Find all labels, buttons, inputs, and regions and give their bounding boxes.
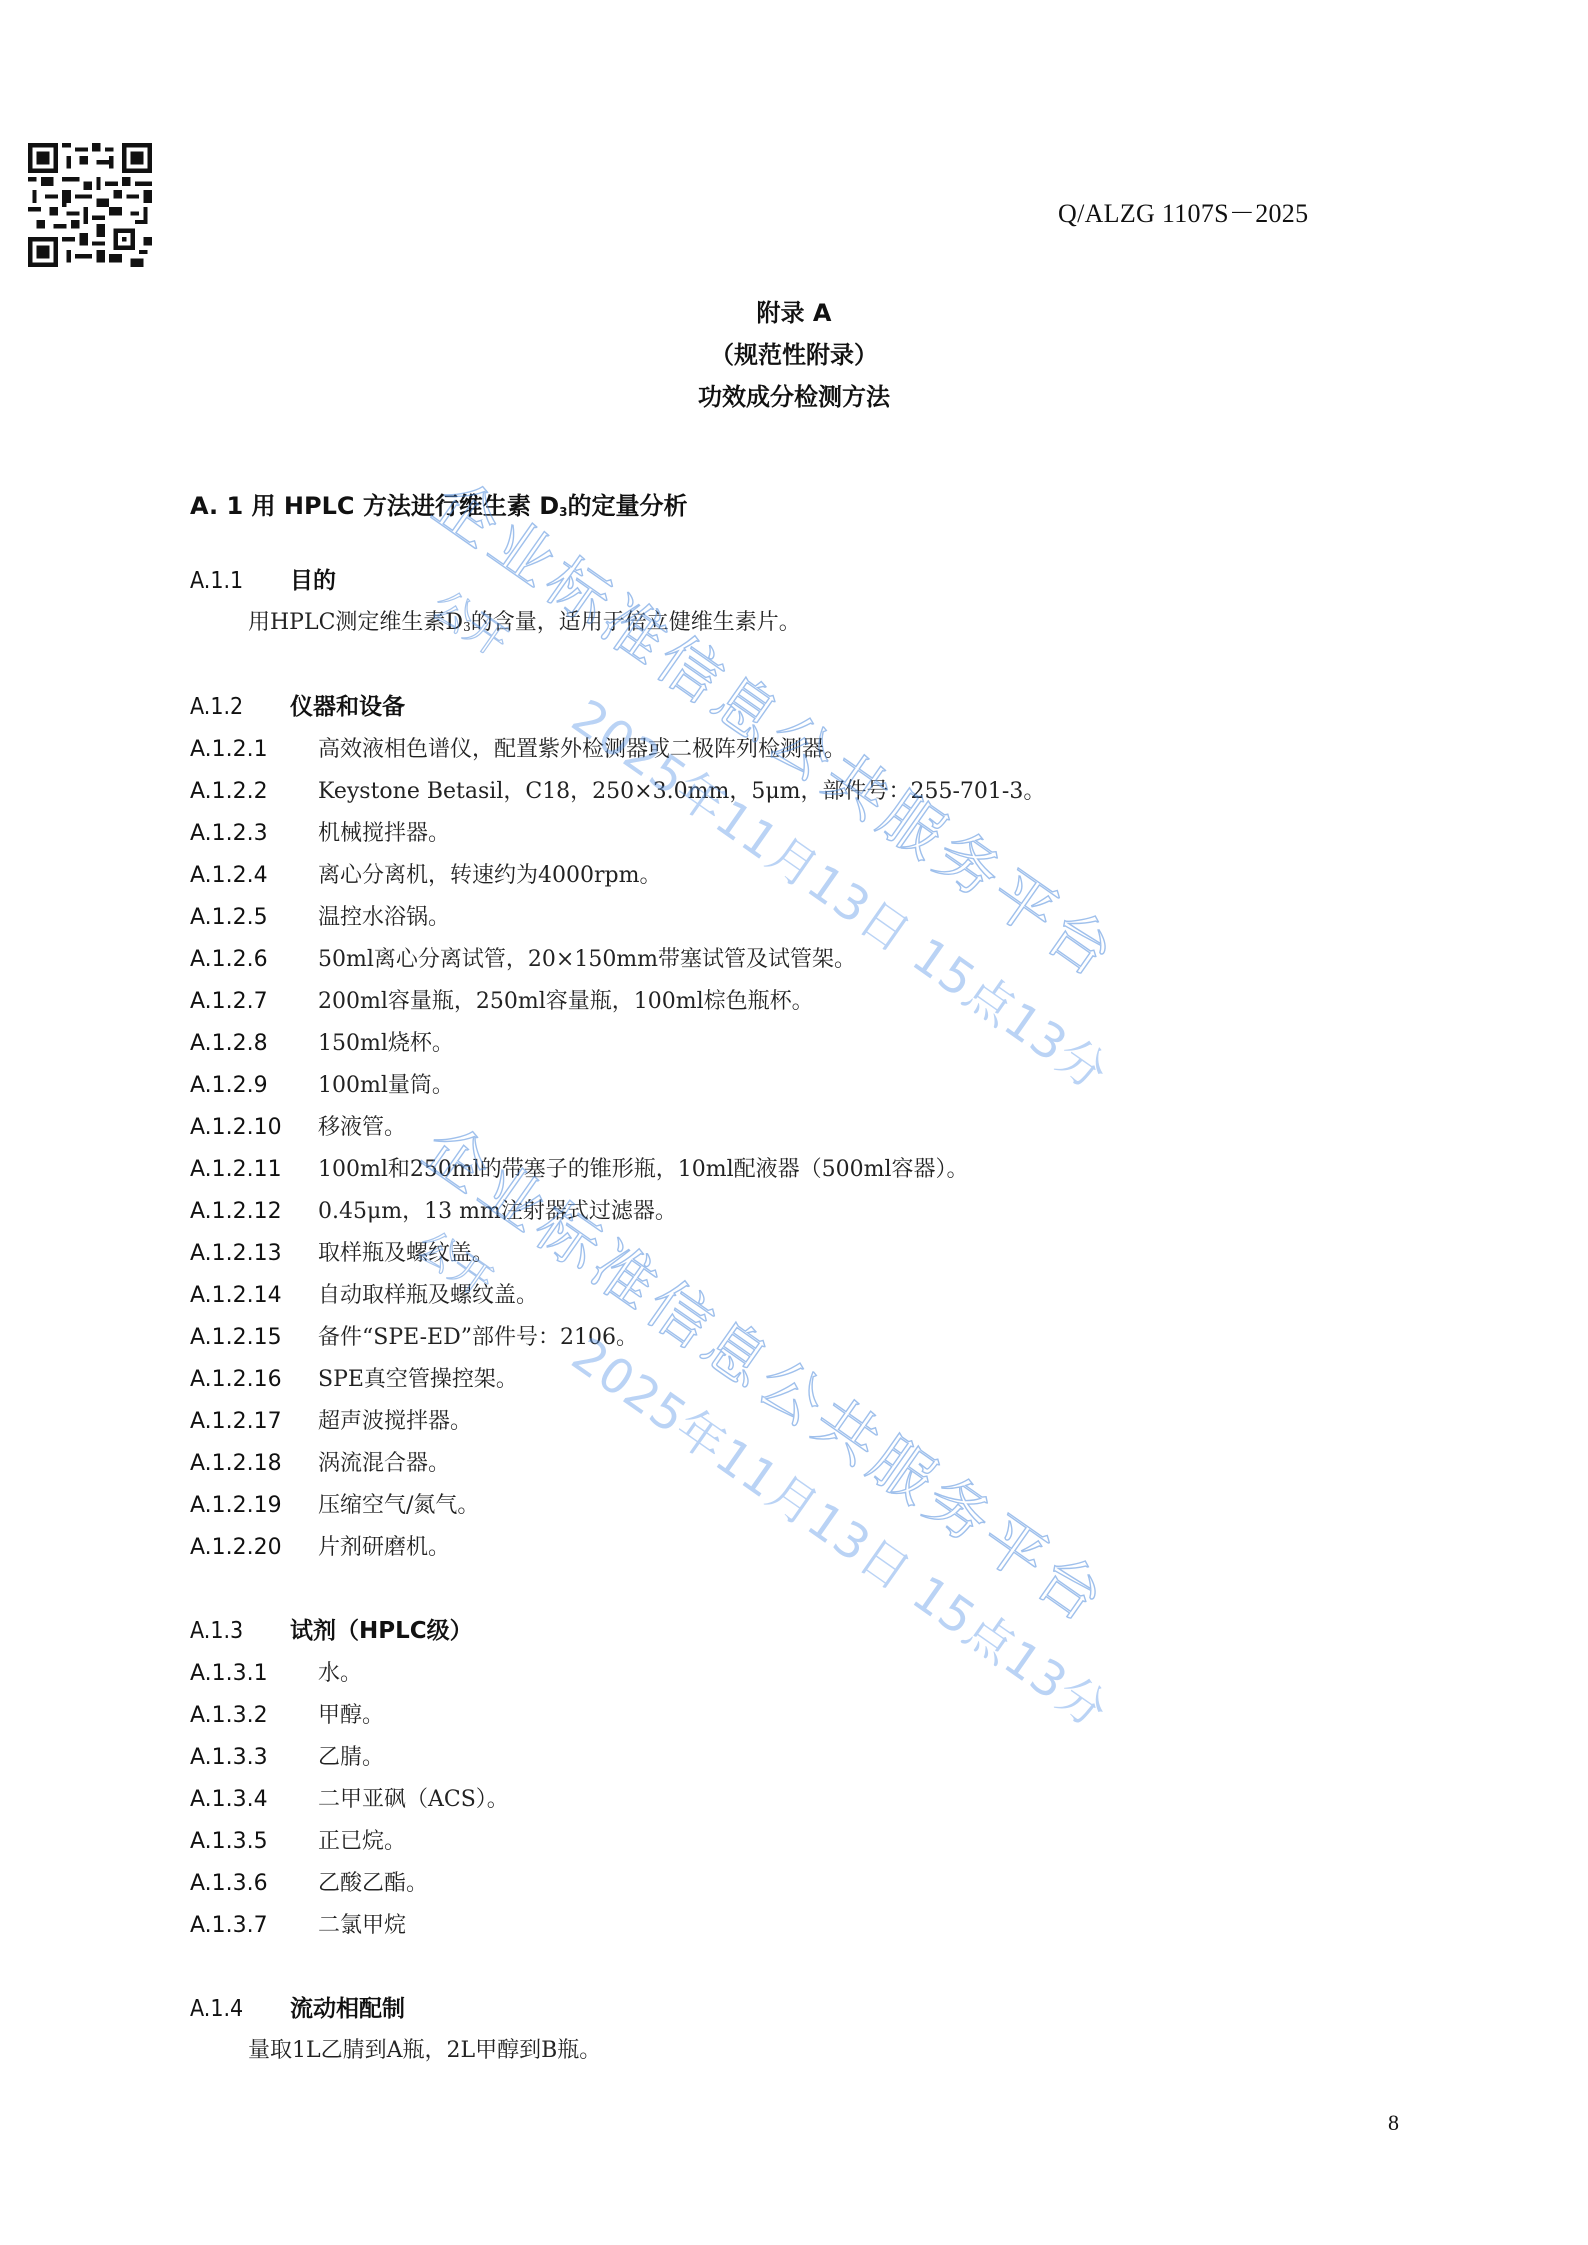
item-number: A.1.2.9 (190, 1065, 302, 1107)
item-text: 移液管。 (318, 1115, 406, 1140)
item-text: 离心分离机，转速约为4000rpm。 (318, 863, 661, 888)
list-item: A.1.2.7200ml容量瓶，250ml容量瓶，100ml棕色瓶杯。 (190, 980, 1390, 1022)
section-title: A. 1 用 HPLC 方法进行维生素 D3的定量分析 (190, 486, 1390, 526)
item-number: A.1.2.20 (190, 1527, 302, 1569)
list-item: A.1.3.7二氯甲烷 (190, 1904, 1390, 1946)
item-text: Keystone Betasil，C18，250×3.0mm，5μm，部件号：2… (318, 779, 1045, 804)
item-text: 水。 (318, 1661, 362, 1686)
item-text: 150ml烧杯。 (318, 1031, 454, 1056)
item-text: 温控水浴锅。 (318, 905, 450, 930)
item-text: 正已烷。 (318, 1829, 406, 1854)
subsection-reagents: A.1.3试剂（HPLC级） (190, 1610, 1390, 1652)
list-item: A.1.2.18涡流混合器。 (190, 1442, 1390, 1484)
item-number: A.1.2.7 (190, 981, 302, 1023)
list-item: A.1.2.14自动取样瓶及螺纹盖。 (190, 1274, 1390, 1316)
item-number: A.1.2.5 (190, 897, 302, 939)
page-number: 8 (1388, 2110, 1399, 2136)
item-number: A.1.2.8 (190, 1023, 302, 1065)
list-item: A.1.2.120.45μm，13 mm注射器式过滤器。 (190, 1190, 1390, 1232)
item-text: 100ml和250ml的带塞子的锥形瓶，10ml配液器（500ml容器）。 (318, 1157, 969, 1182)
list-item: A.1.3.4二甲亚砜（ACS）。 (190, 1778, 1390, 1820)
list-item: A.1.2.5温控水浴锅。 (190, 896, 1390, 938)
item-text: 超声波搅拌器。 (318, 1409, 472, 1434)
item-text: 压缩空气/氮气。 (318, 1493, 479, 1518)
item-number: A.1.2.4 (190, 855, 302, 897)
list-item: A.1.3.3乙腈。 (190, 1736, 1390, 1778)
purpose-text: 用HPLC测定维生素D3的含量，适用于倍立健维生素片。 (190, 602, 1390, 644)
item-number: A.1.2.18 (190, 1443, 302, 1485)
item-number: A.1.2.14 (190, 1275, 302, 1317)
list-item: A.1.2.8150ml烧杯。 (190, 1022, 1390, 1064)
appendix-heading: 功效成分检测方法 (0, 376, 1588, 418)
item-number: A.1.2.19 (190, 1485, 302, 1527)
item-number: A.1.2.6 (190, 939, 302, 981)
item-number: A.1.2.13 (190, 1233, 302, 1275)
list-item: A.1.2.11100ml和250ml的带塞子的锥形瓶，10ml配液器（500m… (190, 1148, 1390, 1190)
item-text: 涡流混合器。 (318, 1451, 450, 1476)
item-text: 备件“SPE-ED”部件号：2106。 (318, 1325, 638, 1350)
item-number: A.1.2.11 (190, 1149, 302, 1191)
list-item: A.1.2.13取样瓶及螺纹盖。 (190, 1232, 1390, 1274)
document-code: Q/ALZG 1107S－2025 (1058, 193, 1308, 230)
item-number: A.1.2.12 (190, 1191, 302, 1233)
item-text: 乙腈。 (318, 1745, 384, 1770)
list-item: A.1.2.17超声波搅拌器。 (190, 1400, 1390, 1442)
appendix-header: 附录 A （规范性附录） 功效成分检测方法 (0, 292, 1588, 418)
list-item: A.1.2.3机械搅拌器。 (190, 812, 1390, 854)
list-item: A.1.3.1水。 (190, 1652, 1390, 1694)
list-item: A.1.3.5正已烷。 (190, 1820, 1390, 1862)
subsection-mobile-phase: A.1.4流动相配制 (190, 1988, 1390, 2030)
list-item: A.1.2.16SPE真空管操控架。 (190, 1358, 1390, 1400)
item-text: 机械搅拌器。 (318, 821, 450, 846)
subsection-purpose: A.1.1目的 (190, 560, 1390, 602)
item-number: A.1.2.2 (190, 771, 302, 813)
item-text: SPE真空管操控架。 (318, 1367, 518, 1392)
item-text: 二氯甲烷 (318, 1913, 406, 1938)
item-number: A.1.2.17 (190, 1401, 302, 1443)
item-text: 高效液相色谱仪，配置紫外检测器或二极阵列检测器。 (318, 737, 846, 762)
list-item: A.1.2.650ml离心分离试管，20×150mm带塞试管及试管架。 (190, 938, 1390, 980)
list-item: A.1.2.15备件“SPE-ED”部件号：2106。 (190, 1316, 1390, 1358)
item-number: A.1.3.7 (190, 1905, 302, 1947)
item-text: 取样瓶及螺纹盖。 (318, 1241, 494, 1266)
document-body: A. 1 用 HPLC 方法进行维生素 D3的定量分析 A.1.1目的 用HPL… (190, 486, 1390, 2072)
item-text: 50ml离心分离试管，20×150mm带塞试管及试管架。 (318, 947, 856, 972)
item-text: 片剂研磨机。 (318, 1535, 450, 1560)
mobile-phase-text: 量取1L乙腈到A瓶，2L甲醇到B瓶。 (190, 2030, 1390, 2072)
equipment-list: A.1.2.1高效液相色谱仪，配置紫外检测器或二极阵列检测器。A.1.2.2Ke… (190, 728, 1390, 1568)
list-item: A.1.3.6乙酸乙酯。 (190, 1862, 1390, 1904)
subsection-equipment: A.1.2仪器和设备 (190, 686, 1390, 728)
list-item: A.1.2.1高效液相色谱仪，配置紫外检测器或二极阵列检测器。 (190, 728, 1390, 770)
item-number: A.1.3.6 (190, 1863, 302, 1905)
item-number: A.1.2.15 (190, 1317, 302, 1359)
item-number: A.1.2.3 (190, 813, 302, 855)
appendix-title: 附录 A (0, 292, 1588, 334)
item-text: 0.45μm，13 mm注射器式过滤器。 (318, 1199, 677, 1224)
item-text: 200ml容量瓶，250ml容量瓶，100ml棕色瓶杯。 (318, 989, 814, 1014)
item-text: 甲醇。 (318, 1703, 384, 1728)
item-text: 自动取样瓶及螺纹盖。 (318, 1283, 538, 1308)
item-number: A.1.3.3 (190, 1737, 302, 1779)
item-text: 乙酸乙酯。 (318, 1871, 428, 1896)
reagents-list: A.1.3.1水。A.1.3.2甲醇。A.1.3.3乙腈。A.1.3.4二甲亚砜… (190, 1652, 1390, 1946)
appendix-subtitle: （规范性附录） (0, 334, 1588, 376)
item-number: A.1.2.10 (190, 1107, 302, 1149)
list-item: A.1.2.19压缩空气/氮气。 (190, 1484, 1390, 1526)
item-number: A.1.3.2 (190, 1695, 302, 1737)
list-item: A.1.2.10移液管。 (190, 1106, 1390, 1148)
item-number: A.1.3.4 (190, 1779, 302, 1821)
list-item: A.1.3.2甲醇。 (190, 1694, 1390, 1736)
list-item: A.1.2.4离心分离机，转速约为4000rpm。 (190, 854, 1390, 896)
list-item: A.1.2.20片剂研磨机。 (190, 1526, 1390, 1568)
item-number: A.1.2.16 (190, 1359, 302, 1401)
item-text: 100ml量筒。 (318, 1073, 454, 1098)
list-item: A.1.2.2Keystone Betasil，C18，250×3.0mm，5μ… (190, 770, 1390, 812)
item-text: 二甲亚砜（ACS）。 (318, 1787, 509, 1812)
item-number: A.1.2.1 (190, 729, 302, 771)
list-item: A.1.2.9100ml量筒。 (190, 1064, 1390, 1106)
qr-code (28, 143, 152, 267)
item-number: A.1.3.5 (190, 1821, 302, 1863)
item-number: A.1.3.1 (190, 1653, 302, 1695)
